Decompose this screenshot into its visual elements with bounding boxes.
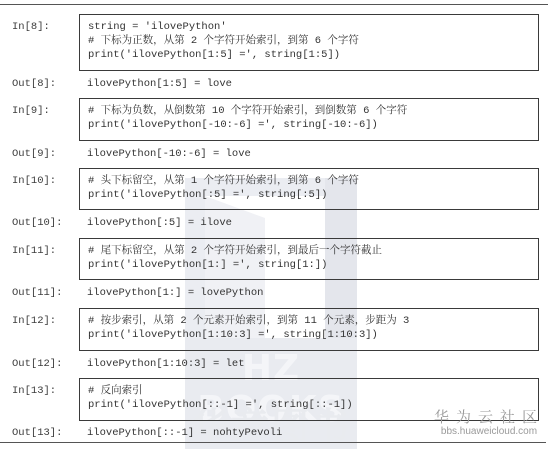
bottom-rule [0,442,546,443]
code-line: # 反向索引 [88,384,538,398]
out-prompt: Out[8]: [12,77,56,91]
top-rule [0,4,548,5]
code-cell-input[interactable]: # 按步索引，从第 2 个元素开始索引，到第 11 个元素，步距为 3 prin… [79,308,539,351]
cell-output: ilovePython[1:10:3] = let [87,357,245,371]
code-line: # 下标为正数，从第 2 个字符开始索引，到第 6 个字符 [88,34,538,48]
code-cell-input[interactable]: # 尾下标留空，从第 2 个字符开始索引，到最后一个字符截止 print('il… [79,238,539,280]
in-prompt: In[13]: [12,384,56,398]
code-line: # 头下标留空，从第 1 个字符开始索引，到第 6 个字符 [88,174,538,188]
cell-output: ilovePython[1:] = lovePython [87,286,263,300]
brand-url: bbs.huaweicloud.com [430,426,548,438]
code-line: print('ilovePython[-10:-6] =', string[-1… [88,118,538,132]
cell-output: ilovePython[::-1] = nohtyPevoli [87,426,282,440]
cell-output: ilovePython[:5] = ilove [87,216,232,230]
brand-name: 华为云社区 [430,409,548,426]
out-prompt: Out[11]: [12,286,62,300]
out-prompt: Out[9]: [12,147,56,161]
in-prompt: In[10]: [12,174,56,188]
out-prompt: Out[12]: [12,357,62,371]
in-prompt: In[11]: [12,244,56,258]
code-line: print('ilovePython[:5] =', string[:5]) [88,188,538,202]
in-prompt: In[9]: [12,104,50,118]
in-prompt: In[8]: [12,20,50,34]
code-line: print('ilovePython[1:] =', string[1:]) [88,258,538,272]
code-line: print('ilovePython[1:10:3] =', string[1:… [88,328,538,342]
code-cell-input[interactable]: # 头下标留空，从第 1 个字符开始索引，到第 6 个字符 print('ilo… [79,168,539,210]
code-line: # 尾下标留空，从第 2 个字符开始索引，到最后一个字符截止 [88,244,538,258]
cell-output: ilovePython[-10:-6] = love [87,147,251,161]
code-cell-input[interactable]: # 下标为负数，从倒数第 10 个字符开始索引，到倒数第 6 个字符 print… [79,98,539,141]
code-line: print('ilovePython[1:5] =', string[1:5]) [88,48,538,62]
code-line: # 按步索引，从第 2 个元素开始索引，到第 11 个元素，步距为 3 [88,314,538,328]
code-line: # 下标为负数，从倒数第 10 个字符开始索引，到倒数第 6 个字符 [88,104,538,118]
out-prompt: Out[13]: [12,426,62,440]
code-cell-input[interactable]: string = 'ilovePython' # 下标为正数，从第 2 个字符开… [79,14,539,71]
cell-output: ilovePython[1:5] = love [87,77,232,91]
huawei-cloud-watermark: 华为云社区 bbs.huaweicloud.com [430,409,548,438]
code-line: string = 'ilovePython' [88,20,538,34]
in-prompt: In[12]: [12,314,56,328]
out-prompt: Out[10]: [12,216,62,230]
